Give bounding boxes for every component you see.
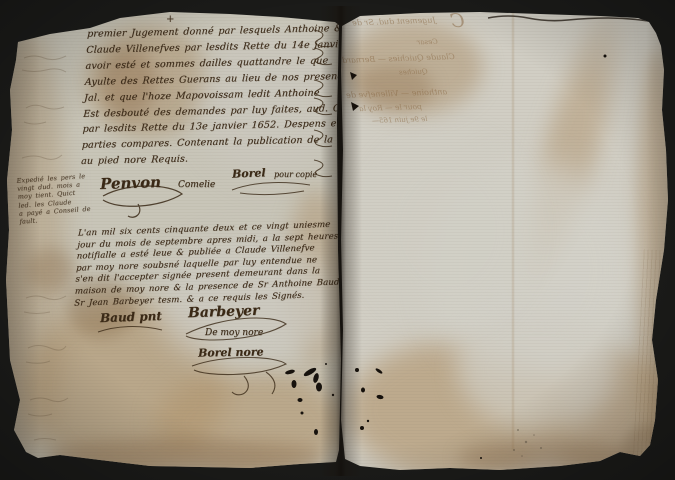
ink-dots bbox=[338, 10, 672, 474]
signature-flourish bbox=[230, 178, 316, 196]
signature-flourish bbox=[182, 314, 294, 344]
main-paragraph: premier Jugement donné par lesquels Anth… bbox=[81, 21, 342, 170]
bleedthrough-scribble bbox=[16, 48, 86, 448]
line-end-flourishes bbox=[312, 22, 342, 192]
left-page-surface: + premier Jugement donné par lesquels An… bbox=[6, 8, 342, 474]
margin-note: Expedié les pers levingt dud. mois amoy … bbox=[16, 171, 99, 226]
manuscript-photo: + premier Jugement donné par lesquels An… bbox=[0, 0, 675, 480]
closing-paragraph: L'an mil six cents cinquante deux et ce … bbox=[74, 219, 344, 310]
signature-flourish bbox=[96, 322, 166, 336]
cross-mark: + bbox=[166, 14, 175, 25]
left-page: + premier Jugement donné par lesquels An… bbox=[6, 8, 342, 474]
right-page: Jugement dud. Sr de C Cesar Claude Quich… bbox=[338, 10, 672, 474]
right-page-surface: Jugement dud. Sr de C Cesar Claude Quich… bbox=[338, 10, 672, 474]
signature-flourish bbox=[98, 186, 198, 222]
